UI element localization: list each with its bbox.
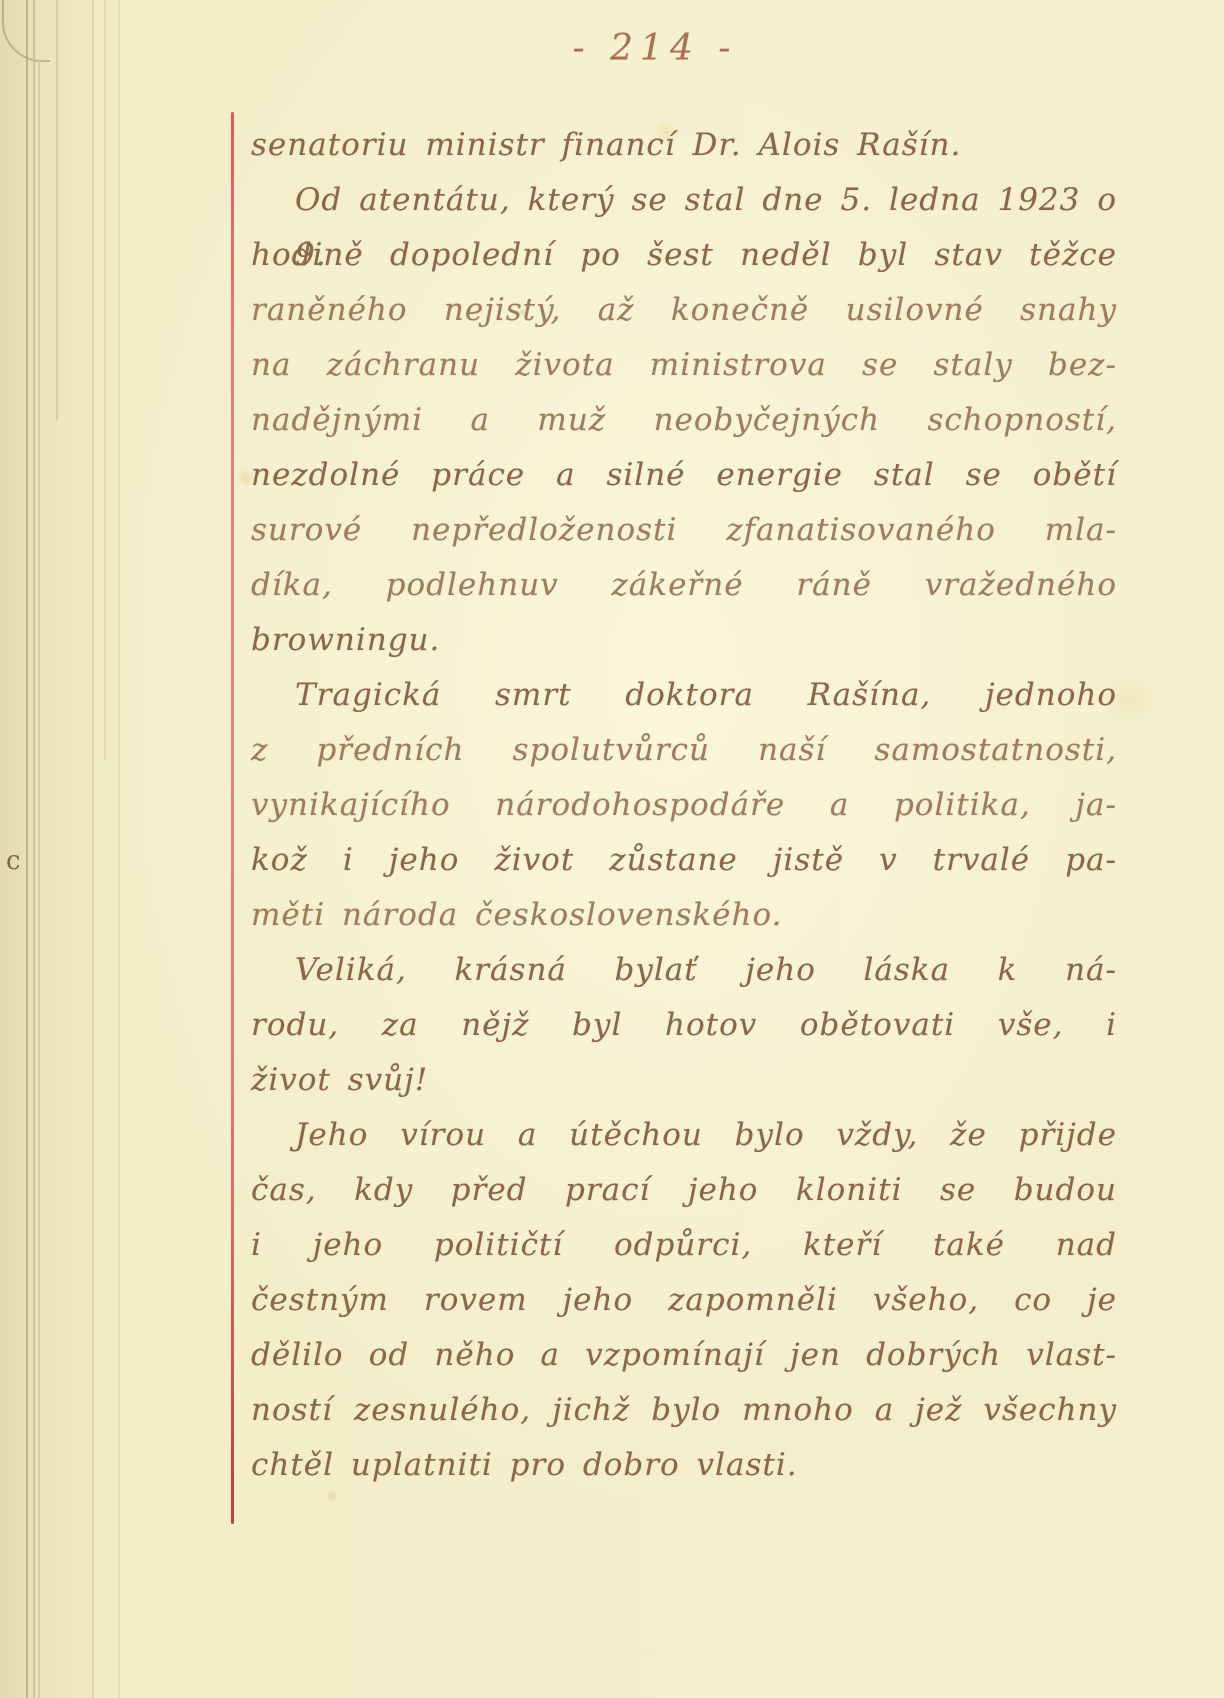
manuscript-line: hodině dopolední po šest neděl byl stav … [251,228,1117,283]
red-margin-rule [231,112,234,1524]
manuscript-line: Od atentátu, který se stal dne 5. ledna … [251,173,1117,228]
page-number: - 214 - [560,28,750,69]
manuscript-line: díka, podlehnuv zákeřné ráně vražedného [251,558,1117,613]
manuscript-line: nezdolné práce a silné energie stal se o… [251,448,1117,503]
binding-edge [33,0,35,1698]
manuscript-line: Veliká, krásná bylať jeho láska k ná- [251,943,1117,998]
manuscript-line: na záchranu života ministrova se staly b… [251,338,1117,393]
manuscript-line: chtěl uplatniti pro dobro vlasti. [251,1438,1117,1493]
manuscript-line: vynikajícího národohospodáře a politika,… [251,778,1117,833]
manuscript-line: Jeho vírou a útěchou bylo vždy, že přijd… [251,1108,1117,1163]
binding-edge [38,60,40,1698]
manuscript-line: surové nepředloženosti zfanatisovaného m… [251,503,1117,558]
manuscript-line: Tragická smrt doktora Rašína, jednoho [251,668,1117,723]
binding-edge [26,0,28,1698]
manuscript-line: čestným rovem jeho zapomněli všeho, co j… [251,1273,1117,1328]
manuscript-page: c - 214 - senatoriu ministr financí Dr. … [0,0,1224,1698]
manuscript-line: rodu, za nějž byl hotov obětovati vše, i [251,998,1117,1053]
manuscript-text-block: senatoriu ministr financí Dr. Alois Raší… [251,118,1117,1493]
manuscript-line: život svůj! [251,1053,1117,1108]
manuscript-line: nadějnými a muž neobyčejných schopností, [251,393,1117,448]
manuscript-line: měti národa československého. [251,888,1117,943]
binding-edge [92,0,94,1698]
binding-edge [56,0,58,420]
manuscript-line: i jeho političtí odpůrci, kteří také nad [251,1218,1117,1273]
binding-edge [104,0,106,760]
manuscript-line: raněného nejistý, až konečně usilovné sn… [251,283,1117,338]
margin-mark: c [6,846,21,876]
manuscript-line: ností zesnulého, jichž bylo mnoho a jež … [251,1383,1117,1438]
manuscript-line: browningu. [251,613,1117,668]
binding-edge [118,0,120,1698]
manuscript-line: čas, kdy před prací jeho kloniti se budo… [251,1163,1117,1218]
manuscript-line: dělilo od něho a vzpomínají jen dobrých … [251,1328,1117,1383]
manuscript-line: z předních spolutvůrců naší samostatnost… [251,723,1117,778]
manuscript-line: kož i jeho život zůstane jistě v trvalé … [251,833,1117,888]
manuscript-line: senatoriu ministr financí Dr. Alois Raší… [251,118,1117,173]
